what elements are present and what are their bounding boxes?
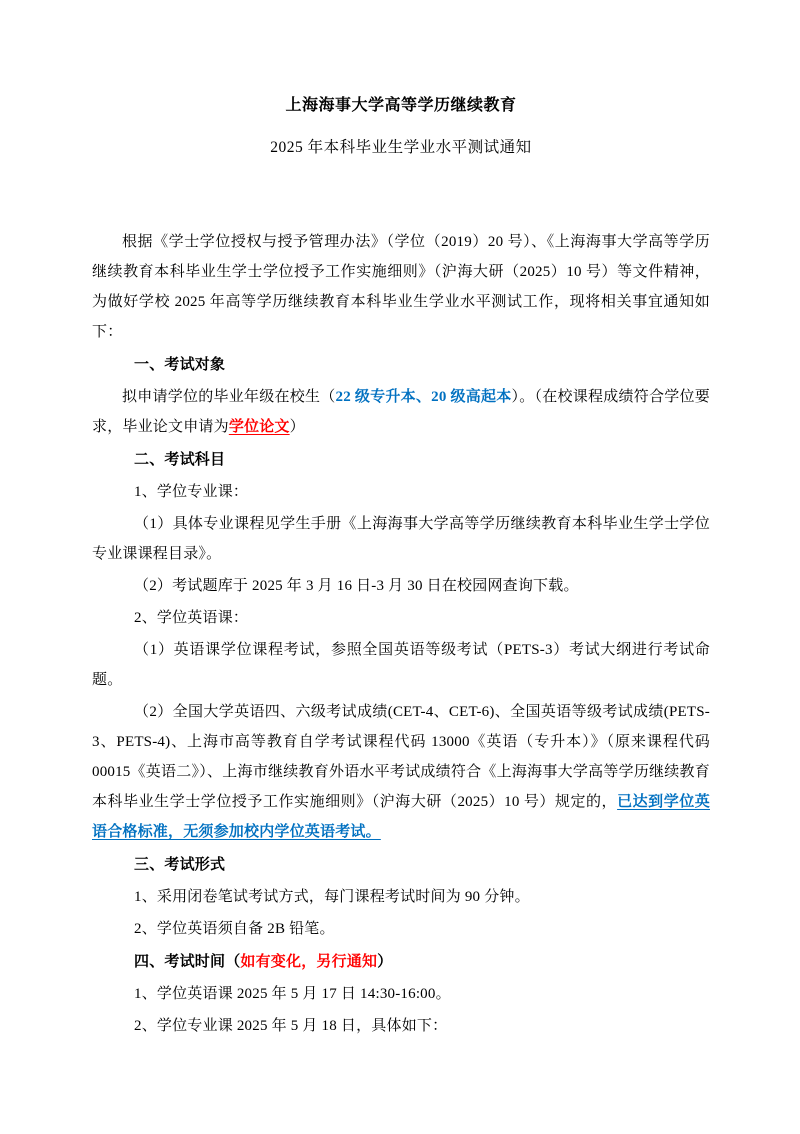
- heading-exam-format: 三、考试形式: [92, 850, 710, 880]
- exam-time-note-close: ）: [377, 954, 392, 970]
- document-page: 上海海事大学高等学历继续教育 2025 年本科毕业生学业水平测试通知 根据《学士…: [0, 0, 800, 1134]
- exam-time-note-highlight: 如有变化，另行通知: [240, 954, 377, 970]
- heading-exam-time: 四、考试时间（如有变化，另行通知）: [92, 947, 710, 977]
- degree-thesis-highlight: 学位论文: [229, 419, 290, 435]
- para-exam-target: 拟申请学位的毕业年级在校生（22 级专升本、20 级高起本）。（在校课程成绩符合…: [92, 382, 710, 442]
- item-english-exam-outline: （1）英语课学位课程考试，参照全国英语等级考试（PETS-3）考试大纲进行考试命…: [92, 635, 710, 695]
- document-subtitle: 2025 年本科毕业生学业水平测试通知: [92, 139, 710, 157]
- item-english-exam-time: 1、学位英语课 2025 年 5 月 17 日 14:30-16:00。: [92, 979, 710, 1009]
- grade-highlight: 22 级专升本、20 级高起本: [336, 389, 512, 405]
- heading-exam-subjects: 二、考试科目: [92, 445, 710, 475]
- item-2b-pencil: 2、学位英语须自备 2B 铅笔。: [92, 914, 710, 944]
- document-content: 上海海事大学高等学历继续教育 2025 年本科毕业生学业水平测试通知 根据《学士…: [0, 0, 800, 1041]
- item-major-course-catalog: （1）具体专业课程见学生手册《上海海事大学高等学历继续教育本科毕业生学士学位专业…: [92, 509, 710, 569]
- exam-time-heading-text: 四、考试时间: [134, 954, 225, 970]
- item-degree-major-course: 1、学位专业课：: [92, 477, 710, 507]
- document-title: 上海海事大学高等学历继续教育: [92, 97, 710, 115]
- exam-target-text-pre: 拟申请学位的毕业年级在校生（: [122, 389, 336, 405]
- para-english-exemption: （2）全国大学英语四、六级考试成绩(CET-4、CET-6)、全国英语等级考试成…: [92, 697, 710, 847]
- item-closed-book: 1、采用闭卷笔试考试方式，每门课程考试时间为 90 分钟。: [92, 882, 710, 912]
- item-degree-english-course: 2、学位英语课：: [92, 603, 710, 633]
- exam-time-note-open: （: [225, 954, 240, 970]
- item-question-bank: （2）考试题库于 2025 年 3 月 16 日-3 月 30 日在校园网查询下…: [92, 571, 710, 601]
- exam-target-text-post: ）: [290, 419, 305, 435]
- intro-paragraph: 根据《学士学位授权与授予管理办法》（学位（2019）20 号）、《上海海事大学高…: [92, 227, 710, 347]
- item-major-exam-time: 2、学位专业课 2025 年 5 月 18 日，具体如下：: [92, 1011, 710, 1041]
- heading-exam-target: 一、考试对象: [92, 350, 710, 380]
